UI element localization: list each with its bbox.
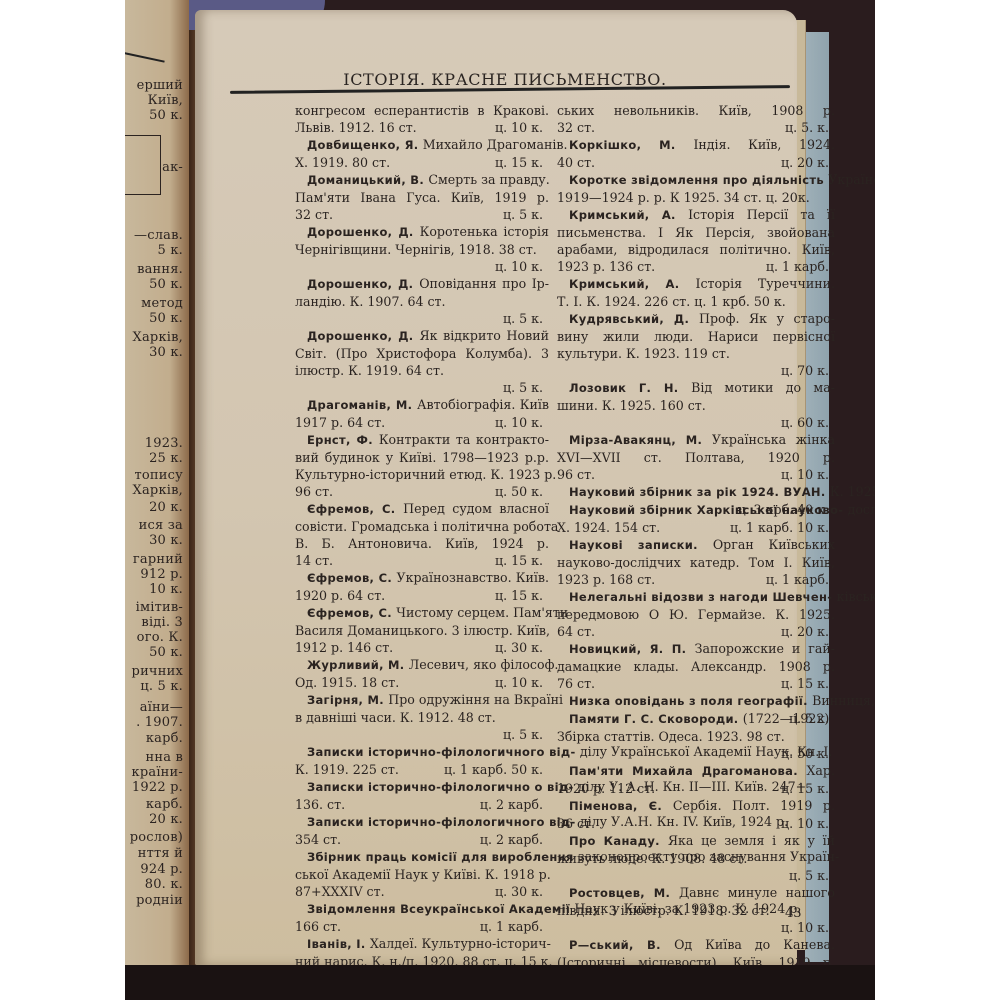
entry-text: Т. І. К. 1924. 226 ст. ц. 1 крб. 50 к. <box>557 294 786 309</box>
entry-price: ц. 1 карб. <box>766 571 835 588</box>
left-page-rule <box>125 51 165 62</box>
entry-text: 1919—1924 р. р. К 1925. 34 ст. ц. 20к. <box>557 190 810 205</box>
entry-text: ських невольників. Київ, 1908 р. <box>557 103 835 118</box>
entry-text: арабами, відродилася політично. Київ, <box>557 242 835 257</box>
entry-price: ц. 5 к. <box>295 726 549 743</box>
left-page-text-fragment: 80. к. <box>145 877 183 892</box>
left-page-text-fragment: 25 к. <box>149 451 183 466</box>
left-page-text-fragment: нна в <box>145 750 183 765</box>
bibliography-entry: Мірза-Авакянц, М. Українська жінкаXVI—XV… <box>557 431 835 483</box>
entry-price: ц. 15 к. <box>495 154 549 171</box>
entry-author: Єфремов, С. <box>307 606 396 620</box>
entry-text: Історія Туреччини. <box>695 276 835 291</box>
bibliography-entry: Наукові записки. Орган Київськихнауково-… <box>557 536 835 588</box>
entry-text: 36 ст. <box>557 816 595 831</box>
entry-price: ц. 5 к. <box>557 867 835 884</box>
entry-text: Халдеї. Культурно-історич- <box>370 936 551 951</box>
entry-price: ц. 15 к. <box>781 780 835 797</box>
left-page-text-fragment: Харків, <box>133 483 183 498</box>
entry-text: Орган Київських <box>713 537 835 552</box>
page-number: 43 <box>785 906 802 921</box>
entry-author: Мірза-Авакянц, М. <box>569 433 712 447</box>
entry-price: ц. 15 к. <box>781 675 835 692</box>
entry-text: XVI—XVII ст. Полтава, 1920 р. <box>557 450 835 465</box>
left-page-text-fragment: 30 к. <box>149 345 183 360</box>
left-page-text-fragment: країни- <box>132 765 183 780</box>
entry-text: Михайло Драгоманів. <box>423 137 568 152</box>
left-page-text-fragment: ричних <box>132 664 183 679</box>
bottom-shadow <box>125 965 875 1000</box>
entry-price: ц. 10 к. <box>295 258 549 275</box>
right-column: ських невольників. Київ, 1908 р.32 ст.ц.… <box>557 102 835 988</box>
bibliography-entry: Журливий, М. Лесевич, яко філософ.Од. 19… <box>295 656 549 691</box>
entry-text: 76 ст. <box>557 676 595 691</box>
entry-text: Про одружіння на Вкраїні <box>388 692 563 707</box>
left-page-text-fragment: 50 к. <box>149 108 183 123</box>
entry-price: ц. 1 карб. <box>480 918 549 935</box>
entry-text: 354 ст. <box>295 832 341 847</box>
entry-author: Журливий, М. <box>307 658 409 672</box>
bibliography-entry: Довбищенко, Я. Михайло Драгоманів.Х. 191… <box>295 136 549 171</box>
entry-text: К. 1919. 225 ст. <box>295 762 399 777</box>
entry-price: ц. 2 карб. <box>480 796 549 813</box>
entry-price: ц. 15 к. <box>495 552 549 569</box>
entry-text: Давнє минуле нашого <box>679 885 835 900</box>
entry-price: ц. 50 к. <box>557 745 835 762</box>
bibliography-entry: Піменова, Є. Сербія. Полт. 1919 р.36 ст.… <box>557 797 835 832</box>
left-page-text-fragment: родніи <box>136 893 183 908</box>
entry-author: Загірня, М. <box>307 693 388 707</box>
entry-author: Коркішко, М. <box>569 138 693 152</box>
bibliography-entry: Кримський, А. Історія Персії та їїписьме… <box>557 206 835 275</box>
entry-price: ц. 10 к. <box>557 919 835 936</box>
entry-text: Винниця, 1918. 32 ст. <box>812 693 875 708</box>
entry-price: ц. 5 к. <box>295 310 549 327</box>
entry-text: вину жили люди. Нариси первісної <box>557 329 835 344</box>
book-photo-scene: ершийКиїв,50 к.ак-—слав.5 к.вання.50 к.м… <box>125 0 875 1000</box>
left-page-text-fragment: 50 к. <box>149 277 183 292</box>
entry-text: Світ. (Про Христофора Колумба). 3 <box>295 346 549 361</box>
entry-text: 1923 р. 136 ст. <box>557 259 655 274</box>
entry-author: Кримський, А. <box>569 277 695 291</box>
bibliography-entry: Нелегальні відозви з нагоди Шевчен- ківс… <box>557 588 835 640</box>
right-page: ІСТОРІЯ. КРАСНЕ ПИСЬМЕНСТВО. конгресом е… <box>195 10 797 965</box>
left-page-text-fragment: карб. <box>146 731 183 746</box>
entry-text: ківських роковин за редакцією та з <box>837 589 875 604</box>
entry-author: Записки історично-філологичного від- <box>307 815 580 829</box>
bibliography-entry: ських невольників. Київ, 1908 р.32 ст.ц.… <box>557 102 835 136</box>
entry-price: ц. 5. к. <box>785 119 835 136</box>
entry-author: Пам'яти Михайла Драгоманова. <box>569 764 806 778</box>
bibliography-entry: Єфремов, С. Чистому серцем. Пам'ятиВасил… <box>295 604 549 656</box>
left-page-text-fragment: —слав. <box>134 228 183 243</box>
entry-author: Нелегальні відозви з нагоди Шевчен- <box>569 590 837 604</box>
entry-text: письменства. І Як Персія, звойована <box>557 225 835 240</box>
entry-text: Пам'яти Івана Гуса. Київ, 1919 р. <box>295 190 549 205</box>
entry-text: К. 1925. 236 ст. <box>830 484 875 499</box>
entry-text: Українська жінка <box>712 432 835 447</box>
entry-author: Коротке звідомлення про діяльність <box>569 173 828 187</box>
entry-author: Науковий збірник за рік 1924. ВУАН. <box>569 485 830 499</box>
left-page-text-fragment: ц. 5 к. <box>140 679 183 694</box>
entry-price: ц. 50 к. <box>495 483 549 500</box>
entry-author: Звідомлення Всеукраїнської Академії <box>307 902 574 916</box>
left-page-text-fragment: 1923. <box>145 436 183 451</box>
left-column: конгресом есперантистів в Кракові.Львів.… <box>295 102 549 988</box>
entry-price: ц. 10 к. <box>781 466 835 483</box>
bibliography-entry: Лозовик Г. Н. Від мотики до ма-шини. К. … <box>557 379 835 431</box>
bibliography-entry: Загірня, М. Про одружіння на Вкраїнів да… <box>295 691 549 743</box>
entry-text: 32 ст. <box>295 207 333 222</box>
entry-text: Коротенька історія <box>420 224 549 239</box>
bibliography-entry: Дорошенко, Д. Оповідання про Ір-ландію. … <box>295 275 549 327</box>
entry-author: Р—ський, В. <box>569 938 674 952</box>
entry-author: Збірник праць комісії для вироблення <box>307 850 578 864</box>
left-page-text-fragment: 10 к. <box>149 582 183 597</box>
left-page-text-fragment: 20 к. <box>149 812 183 827</box>
entry-author: Єфремов, С. <box>307 502 403 516</box>
entry-author: Памяти Г. С. Сковороди. <box>569 712 743 726</box>
entry-text: 1920 р. 64 ст. <box>295 588 385 603</box>
entry-text: 1920 р. 112 ст. <box>557 781 655 796</box>
entry-author: Лозовик Г. Н. <box>569 381 691 395</box>
entry-text: 96 ст. <box>295 484 333 499</box>
entry-author: Низка оповідань з поля географії. <box>569 694 812 708</box>
entry-text: Х. 1919. 80 ст. <box>295 155 390 170</box>
entry-price: ц. 70 к. <box>557 362 835 379</box>
entry-text: Сербія. Полт. 1919 р. <box>673 798 835 813</box>
bibliography-entry: Кримський, А. Історія Туреччини.Т. І. К.… <box>557 275 835 310</box>
entry-author: Доманицький, В. <box>307 173 428 187</box>
left-page-text-fragment: карб. <box>146 797 183 812</box>
bibliography-entry: Дорошенко, Д. Як відкрито НовийСвіт. (Пр… <box>295 327 549 396</box>
bibliography-entry: Записки історично-філологичного від- діл… <box>295 743 549 778</box>
left-page-text-fragment: ерший <box>137 78 183 93</box>
bibliography-entry: Збірник праць комісії для вироблення зак… <box>295 848 549 900</box>
left-page-text-fragment: гарний <box>133 552 183 567</box>
bibliography-entry: Низка оповідань з поля географії. Винниц… <box>557 692 835 710</box>
entry-author: Драгоманів, М. <box>307 398 417 412</box>
bibliography-entry: Кудрявський, Д. Проф. Як у старо-вину жи… <box>557 310 835 379</box>
entry-text: 136. ст. <box>295 797 345 812</box>
entry-price: ц. 10 к. <box>781 815 835 832</box>
bibliography-entry: конгресом есперантистів в Кракові.Львів.… <box>295 102 549 136</box>
left-page-text-fragment: нття й <box>138 846 183 861</box>
entry-text: науково-дослідчих катедр. Том I. Київ, <box>557 555 835 570</box>
bibliography-entry: Єфремов, С. Перед судом власноїсовісти. … <box>295 500 549 569</box>
entry-text: Як відкрито Новий <box>419 328 549 343</box>
entry-text: шини. К. 1925. 160 ст. <box>557 398 706 413</box>
entry-text: півдня. 3 ілюстр. К. 1918. 32 ст. <box>557 903 770 918</box>
bibliography-entry: Науковий збірник Харківської науково- до… <box>557 501 835 536</box>
left-page-text-fragment: топису <box>135 468 183 483</box>
entry-author: Іванів, І. <box>307 937 370 951</box>
entry-author: Новицкий, Я. П. <box>569 642 695 656</box>
entry-text: Від мотики до ма- <box>691 380 835 395</box>
left-page-text-fragment: 912 р. <box>140 567 183 582</box>
entry-text: 1923 р. 168 ст. <box>557 572 655 587</box>
entry-author: Кримський, А. <box>569 208 688 222</box>
bibliography-entry: Дорошенко, Д. Коротенька історіяЧернігів… <box>295 223 549 275</box>
left-page-text-fragment: 1922 р. <box>132 780 183 795</box>
entry-author: Довбищенко, Я. <box>307 138 423 152</box>
entry-author: Наукові записки. <box>569 538 713 552</box>
entry-price: ц. 20 к. <box>781 623 835 640</box>
entry-author: Науковий збірник Харківської науково- <box>569 503 848 517</box>
bibliography-entry: Памяти Г. С. Сковороди. (1722—1922)Збірк… <box>557 710 835 762</box>
entry-price: ц. 10 к. <box>495 119 549 136</box>
left-page-text-fragment: Харків, <box>133 330 183 345</box>
entry-text: Од. 1915. 18 ст. <box>295 675 399 690</box>
entry-text: 166 ст. <box>295 919 341 934</box>
entry-author: Ростовцев, М. <box>569 886 679 900</box>
entry-author: Піменова, Є. <box>569 799 673 813</box>
bibliography-entry: Єфремов, С. Українознавство. Київ.1920 р… <box>295 569 549 604</box>
entry-text: Од Київа до Канева. <box>674 937 835 952</box>
entry-author: Записки історично-філологично о від- <box>307 780 578 794</box>
entry-author: Записки історично-філологичного від- <box>307 745 580 759</box>
entry-text: Перед судом власної <box>403 501 549 516</box>
entry-text: 96 ст. <box>557 467 595 482</box>
entry-text: Оповідання про Ір- <box>419 276 549 291</box>
bibliography-entry: Новицкий, Я. П. Запорожские и гай-дамацк… <box>557 640 835 692</box>
bibliography-entry: Драгоманів, М. Автобіографія. Київ1917 р… <box>295 396 549 431</box>
entry-text: Історія Персії та її <box>688 207 835 222</box>
bibliography-entry: Коркішко, М. Індія. Київ, 1924.40 ст.ц. … <box>557 136 835 171</box>
entry-text: передмовою О Ю. Гермайзе. К. 1925. <box>557 607 835 622</box>
left-page-text-fragment: 924 р. <box>140 862 183 877</box>
left-page-text-fragment: 50 к. <box>149 645 183 660</box>
entry-price: ц. 10 к. <box>495 414 549 431</box>
entry-text: культури. К. 1923. 119 ст. <box>557 346 730 361</box>
entry-price: ц. 1 карб. 10 к. <box>730 519 835 536</box>
entry-text: 64 ст. <box>557 624 595 639</box>
entry-text: Проф. Як у старо- <box>699 311 835 326</box>
entry-text: 40 ст. <box>557 155 595 170</box>
entry-price: ц. 1 карб. 50 к. <box>444 761 549 778</box>
entry-text: Чистому серцем. Пам'яти <box>396 605 568 620</box>
left-page-text-fragment: імітив- <box>136 600 183 615</box>
left-page-text-fragment: метод <box>141 296 183 311</box>
entry-text: (1722—1922) <box>743 711 830 726</box>
entry-author: Кудрявський, Д. <box>569 312 699 326</box>
entry-text: 32 ст. <box>557 120 595 135</box>
entry-text: Василя Доманицького. 3 ілюстр. Київ, <box>295 623 550 638</box>
entry-price: ц. 60 к. <box>557 414 835 431</box>
entry-text: Чернігівщини. Чернігів, 1918. 38 ст. <box>295 242 537 257</box>
entry-author: Дорошенко, Д. <box>307 277 419 291</box>
entry-text: Культурно-історичний етюд. К. 1923 р. <box>295 467 556 482</box>
left-page-text-fragment: ого. К. <box>137 630 183 645</box>
bibliography-entry: Науковий збірник за рік 1924. ВУАН. К. 1… <box>557 483 835 501</box>
entry-text: Автобіографія. Київ <box>417 397 549 412</box>
entry-text: Львів. 1912. 16 ст. <box>295 120 417 135</box>
entry-text: Смерть за правду. <box>428 172 549 187</box>
entry-price: ц. 30 к. <box>495 883 549 900</box>
entry-price: ц. 30 к. <box>495 639 549 656</box>
entry-text: В. Б. Антоновича. Київ, 1924 р. <box>295 536 549 551</box>
entry-text: 14 ст. <box>295 553 333 568</box>
left-page-text-fragment: аїни— <box>140 700 183 715</box>
entry-text: Української Академії Наук у Київі за <box>828 172 875 187</box>
bibliography-entry: Звідомлення Всеукраїнської Академії Наук… <box>295 900 549 935</box>
entry-text: конгресом есперантистів в Кракові. <box>295 103 549 118</box>
entry-text: ілюстр. К. 1919. 64 ст. <box>295 363 444 378</box>
bibliography-entry: Коротке звідомлення про діяльність Украї… <box>557 171 835 206</box>
entry-text: совісти. Громадська і політична робота <box>295 519 558 534</box>
entry-text: 1912 р. 146 ст. <box>295 640 393 655</box>
entry-price: ц. 5 к. <box>503 206 549 223</box>
entry-author: Дорошенко, Д. <box>307 225 420 239</box>
entry-text: Яка це земля і як у їй <box>668 833 835 848</box>
bibliography-entry: Записки історично-філологично о від- діл… <box>295 778 549 813</box>
left-page-text-fragment: Київ, <box>148 93 183 108</box>
entry-author: Дорошенко, Д. <box>307 329 419 343</box>
left-page-text-fragment: ак- <box>162 160 183 175</box>
entry-price: ц. 20 к. <box>781 154 835 171</box>
entry-text: Запорожские и гай- <box>695 641 835 656</box>
entry-author: Ернст, Ф. <box>307 433 379 447</box>
entry-author: Про Канаду. <box>569 834 668 848</box>
left-page-text-fragment: рослов) <box>130 830 183 845</box>
entry-text: Збірка статтів. Одеса. 1923. 98 ст. <box>557 729 785 744</box>
entry-text: Хар. <box>806 763 835 778</box>
entry-text: Лесевич, яко філософ. <box>409 657 559 672</box>
entry-text: 1917 р. 64 ст. <box>295 415 385 430</box>
entry-text: Х. 1924. 154 ст. <box>557 520 660 535</box>
left-page-text-fragment: ися за <box>139 518 183 533</box>
entry-price: ц. 5 к. <box>295 379 549 396</box>
entry-text: дослідчої катедри історії України. Кн. I… <box>848 502 875 517</box>
left-page-fragment: ершийКиїв,50 к.ак-—слав.5 к.вання.50 к.м… <box>125 0 189 1000</box>
left-page-box <box>125 135 161 195</box>
left-page-text-fragment: 50 к. <box>149 311 183 326</box>
entry-text: 87+XXXIV ст. <box>295 884 385 899</box>
bibliography-entry: Доманицький, В. Смерть за правду.Пам'яти… <box>295 171 549 223</box>
bibliography-entry: Про Канаду. Яка це земля і як у їйживуть… <box>557 832 835 884</box>
entry-price: ц. 2 карб. <box>480 831 549 848</box>
entry-text: Українознавство. Київ. <box>397 570 550 585</box>
left-page-text-fragment: вання. <box>137 262 183 277</box>
entry-price: ц. 15 к. <box>495 587 549 604</box>
left-page-text-fragment: . 1907. <box>136 715 183 730</box>
entry-text: ської Академії Наук у Київі. К. 1918 р. <box>295 867 551 882</box>
left-page-text-fragment: 20 к. <box>149 500 183 515</box>
entry-author: Єфремов, С. <box>307 571 397 585</box>
left-page-text-fragment: 30 к. <box>149 533 183 548</box>
entry-text: Контракти та контракто- <box>379 432 549 447</box>
entry-text: живуть люде. К. 1908. 48 ст. <box>557 851 747 866</box>
left-page-text-fragment: 5 к. <box>158 243 183 258</box>
entry-price: ц. 1 карб. <box>766 258 835 275</box>
left-page-text-fragment: віді. 3 <box>141 615 183 630</box>
entry-text: ландію. К. 1907. 64 ст. <box>295 294 446 309</box>
bibliography-entry: Пам'яти Михайла Драгоманова. Хар.1920 р.… <box>557 762 835 797</box>
entry-text: Індія. Київ, 1924. <box>693 137 835 152</box>
bibliography-entry: Ернст, Ф. Контракти та контракто-вий буд… <box>295 431 549 500</box>
entry-price: ц. 10 к. <box>495 674 549 691</box>
entry-text: вий будинок у Київі. 1798—1923 р.р. <box>295 450 549 465</box>
entry-text: дамацкие клады. Александр. 1908 р. <box>557 659 835 674</box>
entry-text: в давніші часи. К. 1912. 48 ст. <box>295 710 496 725</box>
bibliography-entry: Записки історично-філологичного від- діл… <box>295 813 549 848</box>
